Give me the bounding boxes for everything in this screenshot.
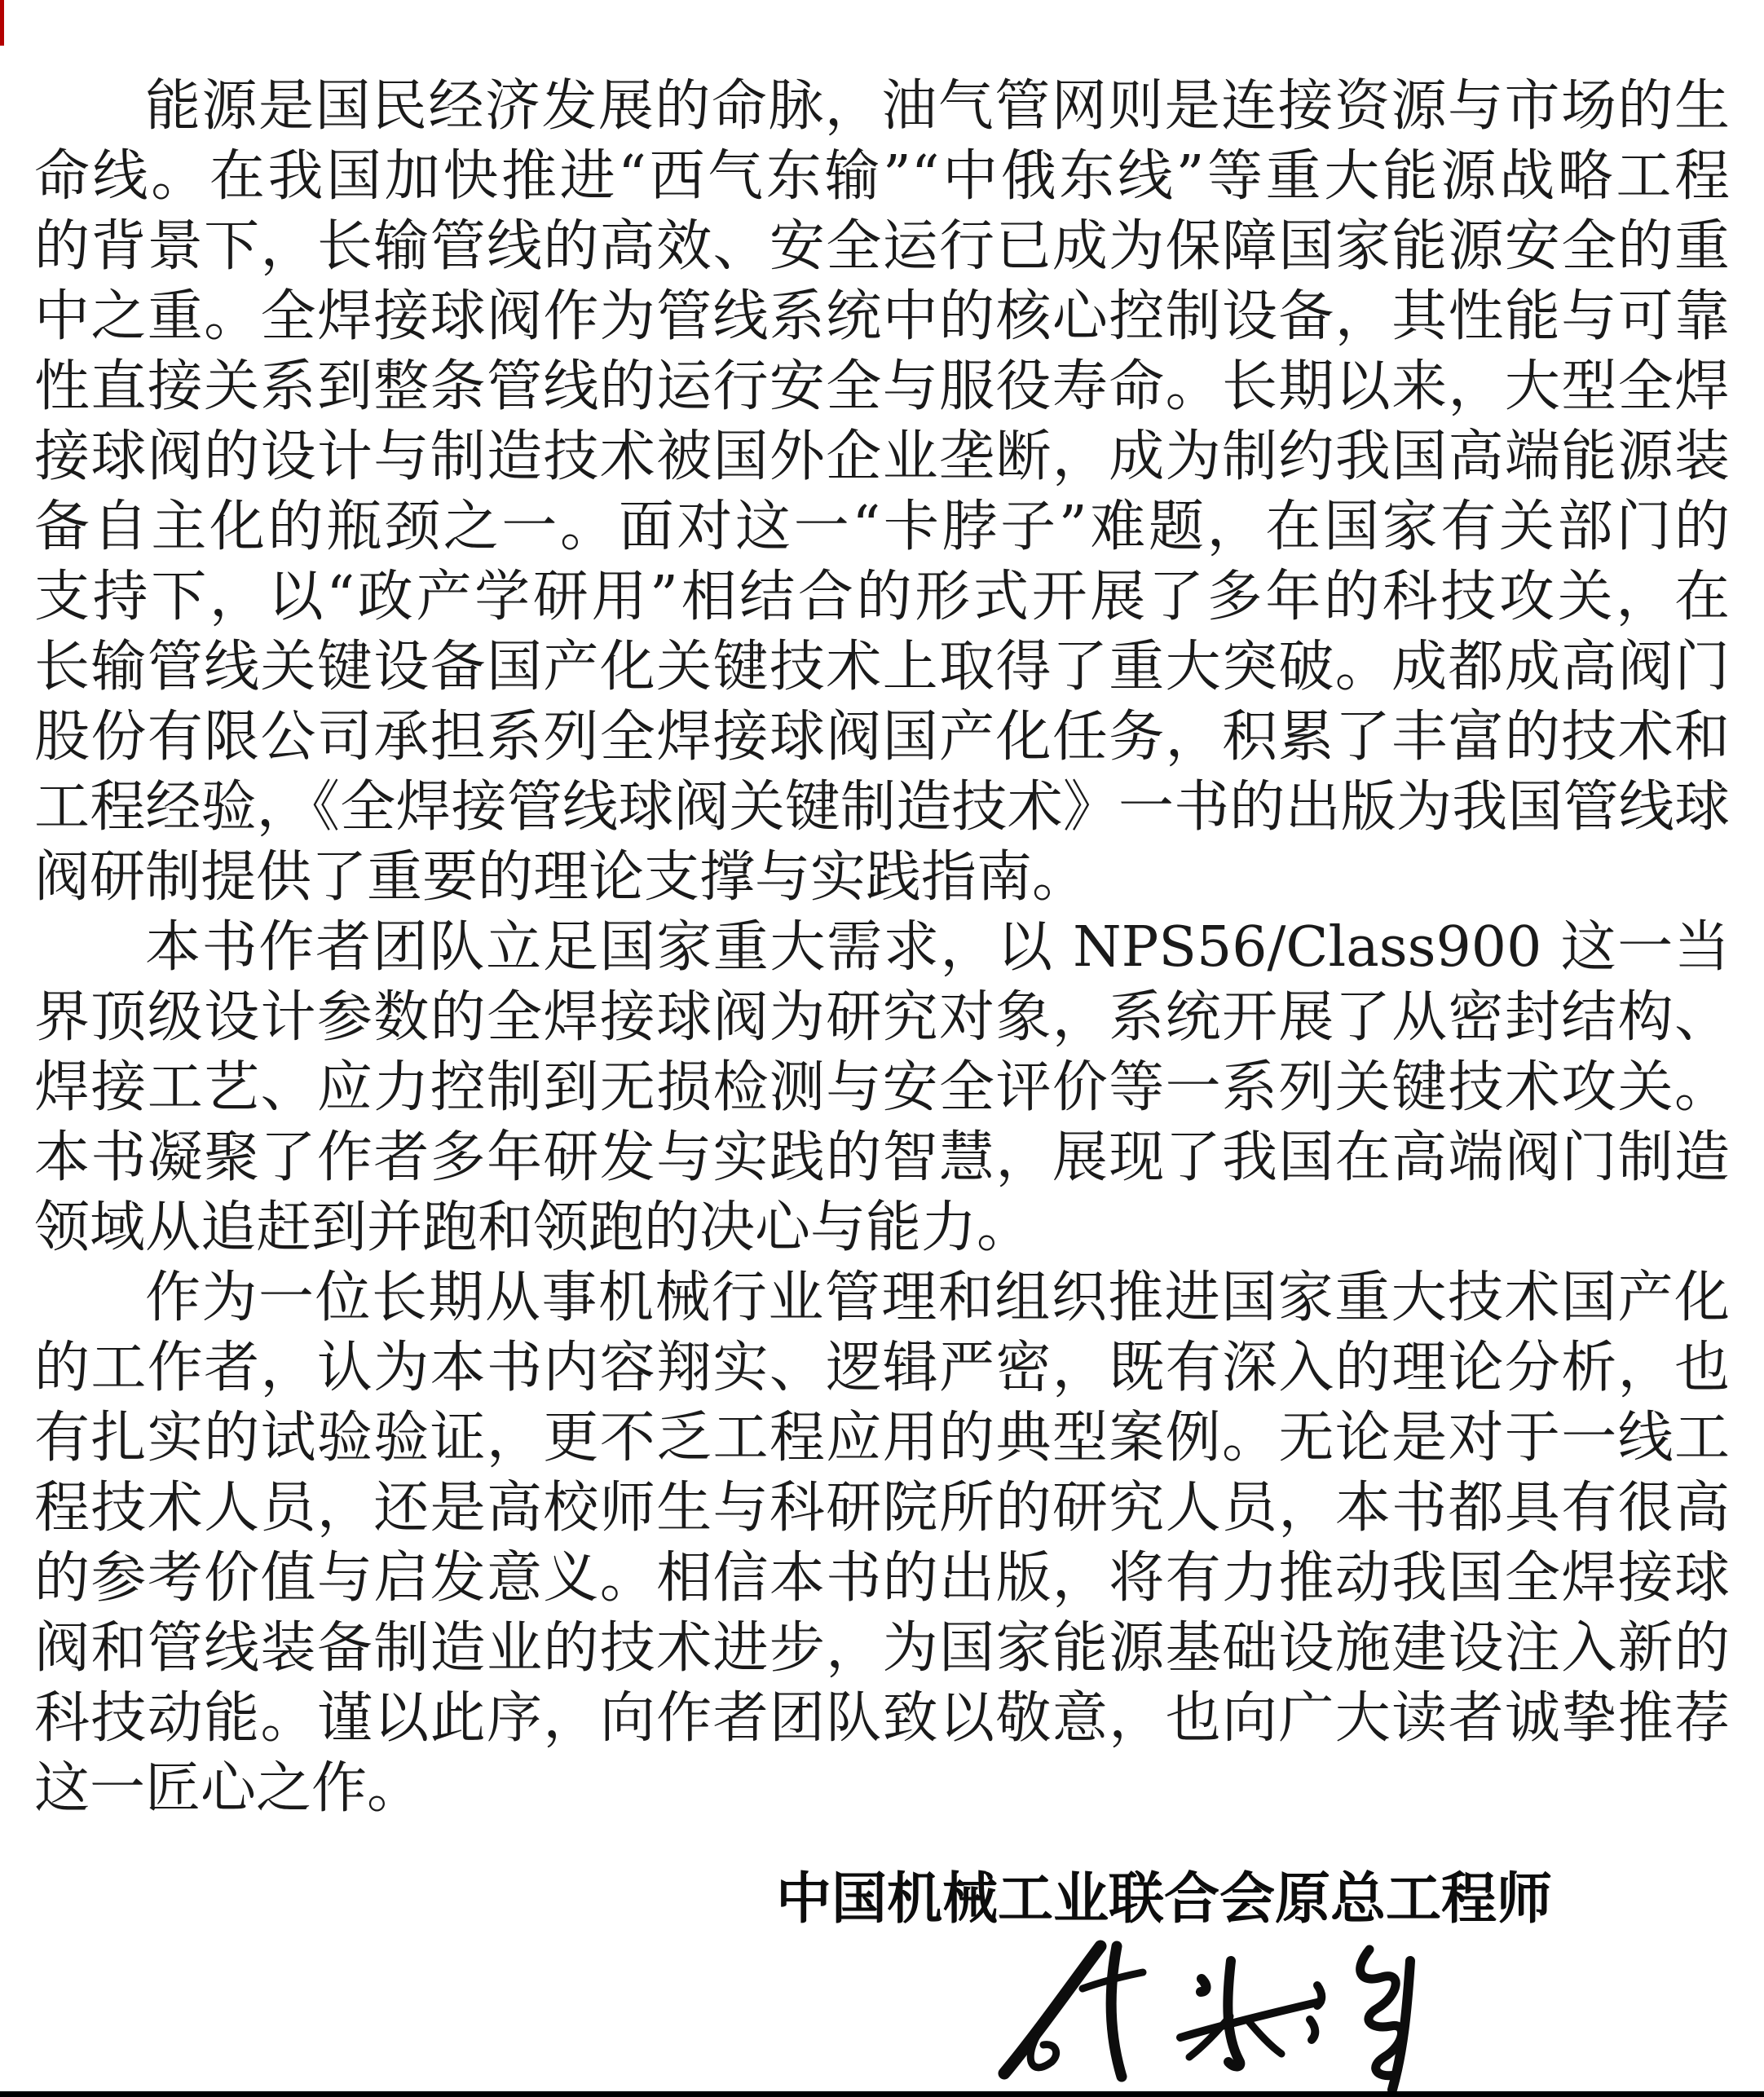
text-line: 支持下，以“政产学研用”相结合的形式开展了多年的科技攻关，在: [34, 562, 1730, 632]
text-line: 股份有限公司承担系列全焊接球阀国产化任务，积累了丰富的技术和: [34, 703, 1730, 773]
text-line: 界顶级设计参数的全焊接球阀为研究对象，系统开展了从密封结构、: [34, 983, 1730, 1053]
text-line: 能源是国民经济发展的命脉，油气管网则是连接资源与市场的生: [34, 72, 1730, 142]
text-line: 的背景下，长输管线的高效、安全运行已成为保障国家能源安全的重: [34, 212, 1730, 282]
text-line: 备自主化的瓶颈之一。面对这一“卡脖子”难题，在国家有关部门的: [34, 492, 1730, 562]
text-line: 接球阀的设计与制造技术被国外企业垄断，成为制约我国高端能源装: [34, 422, 1730, 492]
text-line: 这一匠心之作。: [34, 1754, 1730, 1824]
text-line: 长输管线关键设备国产化关键技术上取得了重大突破。成都成高阀门: [34, 632, 1730, 703]
text-line: 本书作者团队立足国家重大需求，以 NPS56/Class900 这一当今世: [34, 913, 1730, 983]
text-line: 性直接关系到整条管线的运行安全与服役寿命。长期以来，大型全焊: [34, 352, 1730, 422]
handwritten-signature: [986, 1938, 1427, 2097]
page-bottom-edge: [0, 2091, 1764, 2097]
text-line: 阀研制提供了重要的理论支撑与实践指南。: [34, 843, 1730, 913]
text-line: 阀和管线装备制造业的技术进步，为国家能源基础设施建设注入新的: [34, 1614, 1730, 1684]
preface-body-text: 能源是国民经济发展的命脉，油气管网则是连接资源与市场的生 命线。在我国加快推进“…: [34, 72, 1730, 1824]
text-line: 命线。在我国加快推进“西气东输”“中俄东线”等重大能源战略工程: [34, 142, 1730, 212]
text-line: 作为一位长期从事机械行业管理和组织推进国家重大技术国产化: [34, 1263, 1730, 1333]
text-line: 科技动能。谨以此序，向作者团队致以敬意，也向广大读者诚挚推荐: [34, 1684, 1730, 1754]
scan-artifact-red-mark: [0, 0, 4, 46]
text-line: 焊接工艺、应力控制到无损检测与安全评价等一系列关键技术攻关。: [34, 1053, 1730, 1123]
text-line: 程技术人员，还是高校师生与科研院所的研究人员，本书都具有很高: [34, 1474, 1730, 1544]
text-line: 的工作者，认为本书内容翔实、逻辑严密，既有深入的理论分析，也: [34, 1333, 1730, 1403]
signature-title: 中国机械工业联合会原总工程师: [0, 1865, 1764, 1935]
text-line: 的参考价值与启发意义。相信本书的出版，将有力推动我国全焊接球: [34, 1544, 1730, 1614]
text-line: 领域从追赶到并跑和领跑的决心与能力。: [34, 1193, 1730, 1263]
text-line: 中之重。全焊接球阀作为管线系统中的核心控制设备，其性能与可靠: [34, 282, 1730, 352]
text-line: 工程经验，《全焊接管线球阀关键制造技术》一书的出版为我国管线球: [34, 773, 1730, 843]
text-line: 本书凝聚了作者多年研发与实践的智慧，展现了我国在高端阀门制造: [34, 1123, 1730, 1193]
text-line: 有扎实的试验验证，更不乏工程应用的典型案例。无论是对于一线工: [34, 1403, 1730, 1474]
book-preface-page: { "page": { "background": "#ffffff", "te…: [0, 0, 1764, 2097]
